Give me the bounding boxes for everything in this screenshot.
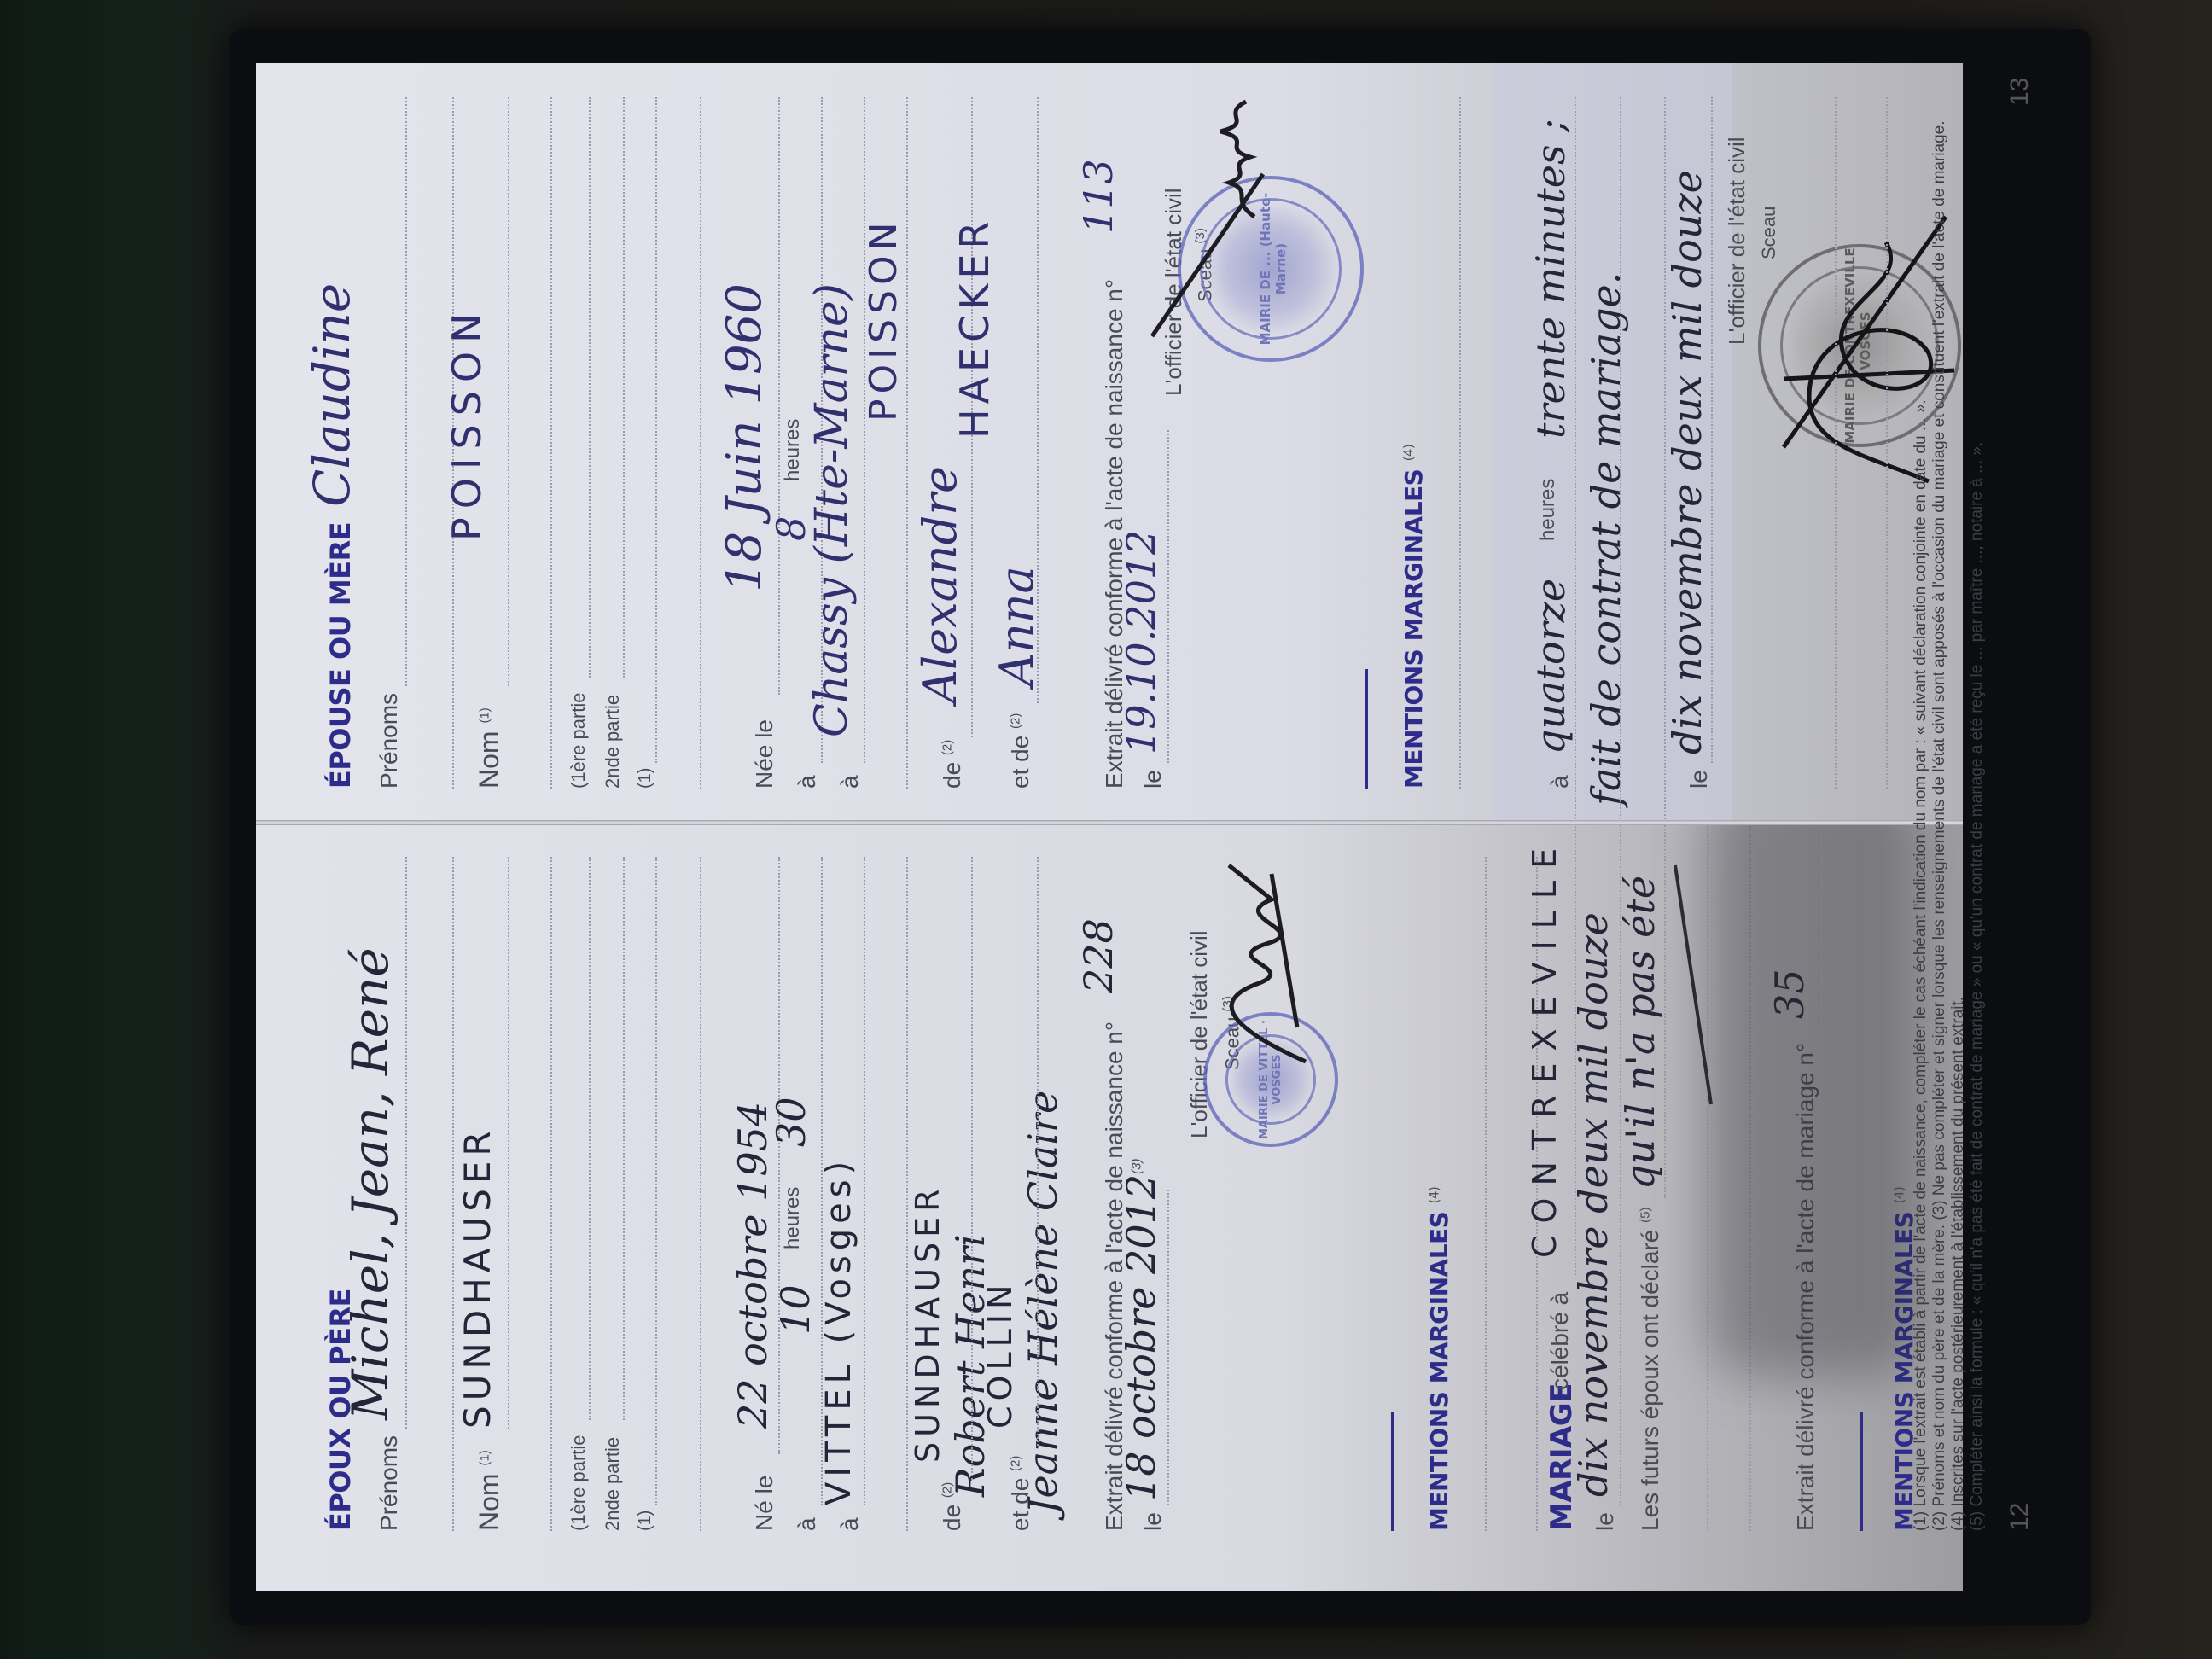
dotted-line bbox=[1886, 97, 1888, 789]
epoux-pere-nom: SUNDHAUSER bbox=[909, 1184, 946, 1463]
epouse-pere-prenoms: Alexandre bbox=[913, 466, 967, 703]
epouse-a-label: à bbox=[794, 775, 821, 789]
epoux-heures-label: heures bbox=[781, 1187, 805, 1249]
epouse-heures-label: heures bbox=[781, 419, 805, 481]
dotted-line bbox=[508, 857, 509, 1429]
epouse-le-label: le bbox=[1139, 770, 1167, 789]
epouse-lieu-label: à bbox=[836, 775, 864, 789]
epoux-lieu-label: à bbox=[836, 1517, 864, 1531]
epouse-nom-label: Nom (1) bbox=[474, 707, 505, 789]
dotted-line bbox=[405, 857, 407, 1429]
book-gutter bbox=[256, 820, 1963, 825]
epoux-le-label: le bbox=[1139, 1512, 1167, 1531]
dotted-line bbox=[864, 857, 865, 1505]
epouse-extrait-date: 19.10.2012 bbox=[1118, 530, 1164, 754]
dotted-line bbox=[655, 857, 657, 1505]
epoux-lieu-value: VITTEL (Vosges) bbox=[819, 1156, 859, 1505]
footnote-4: (4) Inscrites sur l'acte postérieurement… bbox=[1949, 63, 1968, 1531]
dotted-line bbox=[1711, 97, 1713, 763]
footnote-5: (5) Compléter ainsi la formule : « qu'il… bbox=[1968, 63, 1987, 1531]
dotted-line bbox=[623, 857, 625, 1420]
epoux-nom-label: Nom (1) bbox=[474, 1450, 505, 1531]
officer-signature bbox=[1126, 89, 1314, 345]
officer-signature bbox=[1178, 857, 1323, 1079]
epoux-ne-le-label: Né le bbox=[751, 1476, 778, 1531]
epouse-prenoms-value: Claudine bbox=[303, 283, 361, 507]
dotted-line bbox=[864, 97, 865, 763]
epoux-prenoms-value: Michel, Jean, René bbox=[341, 947, 399, 1420]
dotted-line bbox=[589, 857, 591, 1420]
rotated-booklet-photo: ÉPOUX OU PÈRE Prénoms Michel, Jean, René… bbox=[0, 0, 2212, 1659]
mariage-officier-label: L'officier de l'état civil bbox=[1724, 137, 1750, 345]
mariage-le-label: le bbox=[1592, 1512, 1619, 1531]
mariage-heures-label: heures bbox=[1536, 479, 1560, 541]
epoux-extrait-date: 18 octobre 2012(3) bbox=[1118, 1159, 1164, 1501]
dotted-line bbox=[1835, 97, 1837, 789]
mariage-declare-label: Les futurs époux ont déclaré (5) bbox=[1637, 1208, 1664, 1531]
epoux-acte-numero: 228 bbox=[1075, 918, 1121, 993]
mariage-declare-value-1: qu'il n'a pas été bbox=[1617, 876, 1663, 1190]
mariage-heure-value: quatorze bbox=[1528, 579, 1574, 754]
epoux-partie-note: (1) bbox=[636, 1511, 655, 1531]
epouse-mentions-heading: MENTIONS MARGINALES (4) bbox=[1400, 445, 1428, 789]
mariage-extrait-date: dix novembre deux mil douze bbox=[1664, 170, 1710, 754]
section-rule bbox=[1365, 669, 1368, 789]
mariage-minutes-value: trente minutes ; bbox=[1528, 119, 1574, 439]
epouse-partie1-label: (1ère partie bbox=[568, 692, 590, 789]
dotted-line bbox=[700, 857, 701, 1531]
dotted-line bbox=[971, 857, 973, 1480]
page-left: ÉPOUX OU PÈRE Prénoms Michel, Jean, René… bbox=[256, 823, 1963, 1591]
mariage-a-label: à bbox=[1546, 775, 1574, 789]
epoux-prenoms-label: Prénoms bbox=[375, 1435, 403, 1531]
epouse-nom-value: POISSON bbox=[444, 305, 490, 541]
dotted-line bbox=[405, 97, 407, 686]
footnotes: (1) Lorsque l'extrait est établi à parti… bbox=[1912, 63, 1987, 1531]
dotted-line bbox=[1459, 97, 1461, 789]
epouse-lieu-value: Chassy (Hte-Marne) bbox=[806, 283, 858, 737]
epouse-ne-le-label: Née le bbox=[751, 719, 778, 789]
dotted-line bbox=[906, 97, 908, 789]
epouse-heading: ÉPOUSE OU MÈRE bbox=[324, 522, 357, 789]
dotted-line bbox=[1485, 857, 1487, 1531]
epoux-heure-value: 10 bbox=[772, 1284, 818, 1335]
dotted-line bbox=[906, 857, 908, 1531]
dotted-line bbox=[452, 857, 454, 1531]
epouse-de-label: de (2) bbox=[939, 740, 966, 789]
dotted-line bbox=[1620, 97, 1621, 823]
dotted-line bbox=[778, 97, 780, 695]
dotted-line bbox=[623, 97, 625, 678]
epoux-partie2-label: 2nde partie bbox=[602, 1437, 624, 1531]
mariage-le-label-2: le bbox=[1685, 770, 1713, 789]
dotted-line bbox=[1037, 857, 1039, 1446]
epouse-prenoms-label: Prénoms bbox=[375, 693, 403, 789]
epouse-ne-le-value: 18 Juin 1960 bbox=[717, 283, 772, 592]
dotted-line bbox=[778, 857, 780, 1454]
mariage-declare-value-2: fait de contrat de mariage. bbox=[1583, 272, 1629, 806]
dotted-line bbox=[1575, 97, 1576, 823]
epoux-a-label: à bbox=[794, 1517, 821, 1531]
epouse-pere-nom: POISSON bbox=[862, 217, 905, 422]
booklet-spread: ÉPOUX OU PÈRE Prénoms Michel, Jean, René… bbox=[256, 63, 2048, 1591]
dotted-line bbox=[1167, 1190, 1169, 1505]
dotted-line bbox=[655, 97, 657, 763]
dotted-line bbox=[700, 97, 701, 789]
footnote-2: (2) Prénoms et nom du père et de la mère… bbox=[1930, 63, 1949, 1531]
dotted-line bbox=[1167, 430, 1169, 763]
epouse-partie2-label: 2nde partie bbox=[602, 695, 624, 789]
epoux-nom-value: SUNDHAUSER bbox=[457, 1126, 498, 1429]
dotted-line bbox=[1664, 823, 1666, 1198]
epoux-ne-le-value: 22 octobre 1954 bbox=[730, 1102, 776, 1429]
epouse-acte-numero: 113 bbox=[1075, 159, 1121, 234]
dotted-line bbox=[508, 97, 509, 686]
mariage-lieu-value: CONTREXEVILLE bbox=[1526, 836, 1563, 1258]
epouse-partie-note: (1) bbox=[636, 768, 655, 789]
epouse-mere-prenoms: Anna bbox=[990, 566, 1044, 686]
footnote-1: (1) Lorsque l'extrait est établi à parti… bbox=[1912, 63, 1930, 1531]
dotted-line bbox=[1037, 97, 1039, 703]
dotted-line bbox=[589, 97, 591, 678]
mariage-date-value: dix novembre deux mil douze bbox=[1570, 912, 1616, 1497]
dotted-line bbox=[550, 97, 552, 789]
epouse-mere-nom: HAECKER bbox=[952, 217, 998, 439]
section-rule bbox=[1860, 1412, 1863, 1531]
epoux-mere-nom: COLLIN bbox=[981, 1280, 1019, 1429]
epoux-mere-prenoms: Jeanne Hélène Claire bbox=[1020, 1091, 1066, 1514]
epoux-mentions-heading: MENTIONS MARGINALES (4) bbox=[1425, 1187, 1453, 1531]
epoux-minutes-value: 30 bbox=[768, 1097, 814, 1147]
page-right: ÉPOUSE OU MÈRE Claudine Prénoms Nom (1) … bbox=[256, 63, 1963, 823]
epouse-et-de-label: et de (2) bbox=[1007, 713, 1034, 789]
page-number-right: 13 bbox=[2005, 78, 2034, 106]
dotted-line bbox=[550, 857, 552, 1531]
page-number-left: 12 bbox=[2005, 1503, 2034, 1531]
section-rule bbox=[1391, 1412, 1394, 1531]
hand-shadow bbox=[1707, 823, 1920, 1377]
epoux-partie1-label: (1ère partie bbox=[568, 1435, 590, 1531]
